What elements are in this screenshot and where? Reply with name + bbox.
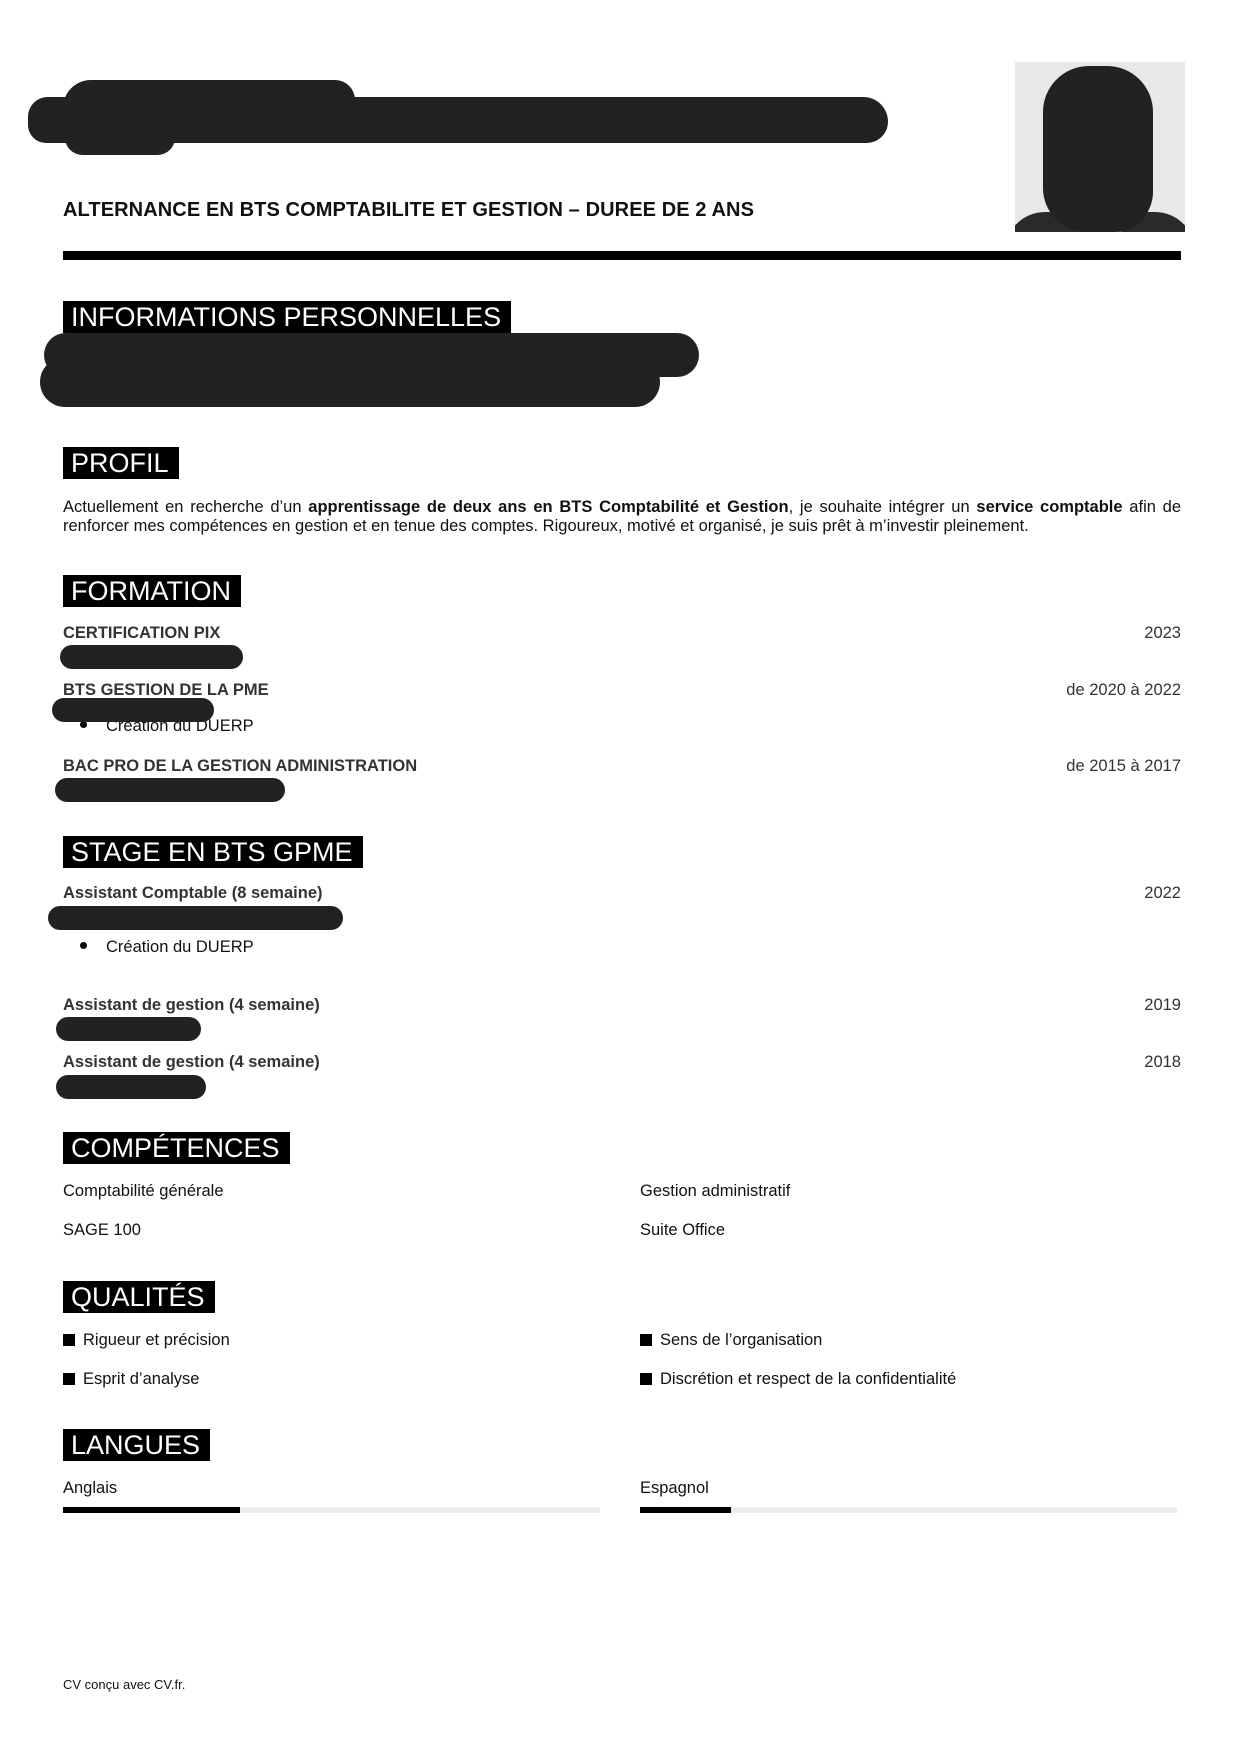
bullet-item: Création du DUERP bbox=[80, 938, 254, 957]
section-title-languages: LANGUES bbox=[63, 1429, 210, 1461]
entry-title: BAC PRO DE LA GESTION ADMINISTRATION bbox=[63, 757, 417, 776]
redaction-mark bbox=[40, 357, 660, 407]
face-redaction bbox=[1043, 66, 1153, 232]
language-level-bar bbox=[640, 1507, 1177, 1513]
redaction-mark bbox=[48, 906, 343, 930]
language-level-bar bbox=[63, 1507, 600, 1513]
entry-title: CERTIFICATION PIX bbox=[63, 624, 220, 643]
language-name: Espagnol bbox=[640, 1479, 709, 1498]
entry-date: 2022 bbox=[1144, 884, 1181, 903]
skill-item: Gestion administratif bbox=[640, 1182, 790, 1201]
entry-date: 2019 bbox=[1144, 996, 1181, 1015]
section-title-internships: STAGE EN BTS GPME bbox=[63, 836, 363, 868]
square-bullet-icon bbox=[640, 1373, 652, 1385]
redaction-mark bbox=[56, 1017, 201, 1041]
quality-item: Sens de l’organisation bbox=[640, 1331, 822, 1350]
section-title-qualities: QUALITÉS bbox=[63, 1281, 215, 1313]
redaction-mark bbox=[56, 1075, 206, 1099]
bullet-dot-icon bbox=[80, 942, 87, 949]
entry-date: 2018 bbox=[1144, 1053, 1181, 1072]
skill-item: Comptabilité générale bbox=[63, 1182, 224, 1201]
section-title-education: FORMATION bbox=[63, 575, 241, 607]
entry-date: de 2020 à 2022 bbox=[1066, 681, 1181, 700]
section-title-personal-info: INFORMATIONS PERSONNELLES bbox=[63, 301, 511, 333]
square-bullet-icon bbox=[640, 1334, 652, 1346]
profile-text: Actuellement en recherche d’un apprentis… bbox=[63, 498, 1181, 536]
quality-item: Discrétion et respect de la confidential… bbox=[640, 1370, 956, 1389]
redaction-mark bbox=[52, 698, 214, 722]
entry-date: 2023 bbox=[1144, 624, 1181, 643]
square-bullet-icon bbox=[63, 1334, 75, 1346]
language-level-fill bbox=[640, 1507, 731, 1513]
entry-title: Assistant de gestion (4 semaine) bbox=[63, 996, 320, 1015]
language-level-fill bbox=[63, 1507, 240, 1513]
bullet-dot-icon bbox=[80, 721, 87, 728]
language-name: Anglais bbox=[63, 1479, 117, 1498]
footer-credit: CV conçu avec CV.fr. bbox=[63, 1677, 185, 1692]
section-title-profile: PROFIL bbox=[63, 447, 179, 479]
section-title-skills: COMPÉTENCES bbox=[63, 1132, 290, 1164]
quality-item: Rigueur et précision bbox=[63, 1331, 230, 1350]
skill-item: SAGE 100 bbox=[63, 1221, 141, 1240]
redaction-mark bbox=[55, 778, 285, 802]
skill-item: Suite Office bbox=[640, 1221, 725, 1240]
header-divider bbox=[63, 251, 1181, 260]
quality-item: Esprit d’analyse bbox=[63, 1370, 199, 1389]
profile-photo bbox=[1015, 62, 1185, 232]
entry-title: Assistant de gestion (4 semaine) bbox=[63, 1053, 320, 1072]
square-bullet-icon bbox=[63, 1373, 75, 1385]
entry-title: Assistant Comptable (8 semaine) bbox=[63, 884, 323, 903]
redaction-mark bbox=[65, 120, 175, 155]
redaction-mark bbox=[60, 645, 243, 669]
entry-date: de 2015 à 2017 bbox=[1066, 757, 1181, 776]
headline: ALTERNANCE EN BTS COMPTABILITE ET GESTIO… bbox=[63, 199, 754, 222]
